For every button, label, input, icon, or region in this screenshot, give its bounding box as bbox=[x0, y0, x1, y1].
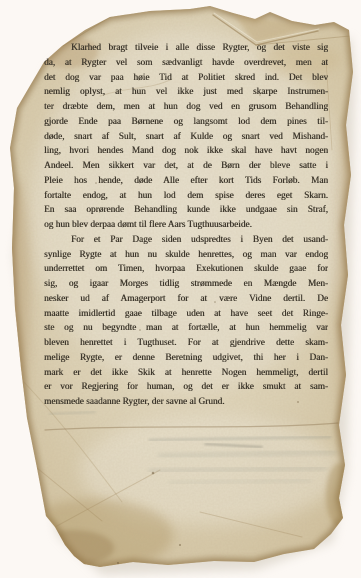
text-line: melige Rygte, er denne Beretning udgivet… bbox=[44, 351, 328, 366]
text-line: mensmede saadanne Rygter, der savne al G… bbox=[44, 395, 328, 410]
text-line: synlige Rygte at hun nu skulde henrettes… bbox=[44, 248, 328, 263]
text-line: sig, og igaar Morges tidlig strømmede en… bbox=[44, 277, 328, 292]
text-line: mark er det ikke Skik at henrette Nogen … bbox=[44, 366, 328, 381]
document-text-block: Klarhed bragt tilveie i alle disse Rygte… bbox=[44, 41, 328, 410]
text-line: da, at Rygter vel som sædvanligt havde o… bbox=[44, 56, 328, 71]
text-line: gjorde Ende paa Børnene og langsomt lod … bbox=[44, 115, 328, 130]
text-line: fortalte endog, at hun lod dem spise der… bbox=[44, 189, 328, 204]
text-line: ste og nu begyndte man at fortælle, at h… bbox=[44, 321, 328, 336]
text-line: det dog var paa høie Tid at Politiet skr… bbox=[44, 71, 328, 86]
text-line: Pleie hos hende, døde Alle efter kort Ti… bbox=[44, 174, 328, 189]
text-line: Andeel. Men sikkert var det, at de Børn … bbox=[44, 159, 328, 174]
text-line: nemlig oplyst, at hun vel ikke just med … bbox=[44, 85, 328, 100]
text-line: ling, hvori hendes Mand dog nok ikke ska… bbox=[44, 144, 328, 159]
scanned-document-page: Klarhed bragt tilveie i alle disse Rygte… bbox=[0, 0, 361, 578]
text-line: og hun blev derpaa dømt til flere Aars T… bbox=[44, 218, 328, 233]
text-line: bleven henrettet i Tugthuset. For at gje… bbox=[44, 336, 328, 351]
text-line: døde, snart af Sult, snart af Kulde og s… bbox=[44, 130, 328, 145]
text-line: ter dræbte dem, men at hun dog ved en gr… bbox=[44, 100, 328, 115]
text-line: Klarhed bragt tilveie i alle disse Rygte… bbox=[44, 41, 328, 56]
text-line: nesker ud af Amagerport for at være Vidn… bbox=[44, 292, 328, 307]
text-line: er vor Regjering for human, og det er ik… bbox=[44, 380, 328, 395]
text-line: For et Par Dage siden udspredtes i Byen … bbox=[44, 233, 328, 248]
text-line: underrettet om Timen, hvorpaa Exekutione… bbox=[44, 262, 328, 277]
text-line: En saa oprørende Behandling kunde ikke u… bbox=[44, 203, 328, 218]
text-line: maatte imidlertid gaae tilbage uden at h… bbox=[44, 307, 328, 322]
